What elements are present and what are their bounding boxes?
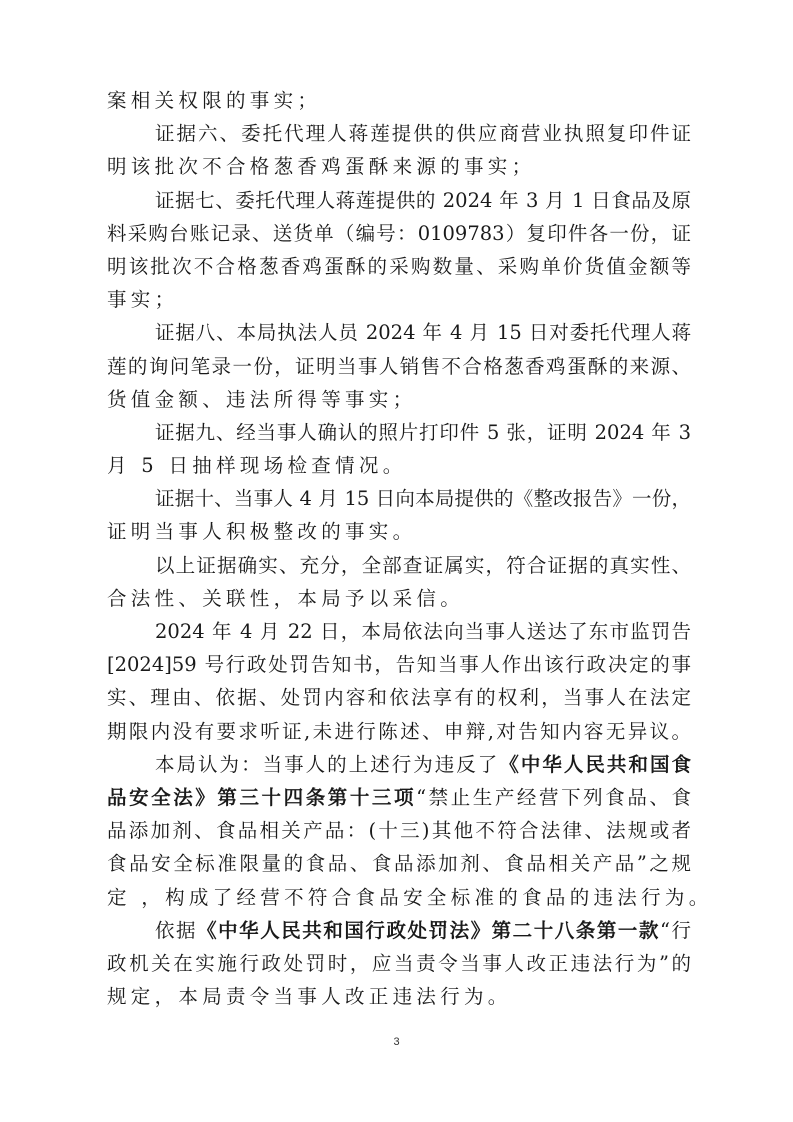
paragraph: 证据六、委托代理人蒋莲提供的供应商营业执照复印件证明该批次不合格葱香鸡蛋酥来源的… [107, 117, 697, 183]
bold-law-citation: 《中华人民共和国食 [499, 753, 691, 776]
paragraph: 以上证据确实、充分，全部查证属实，符合证据的真实性、合法性、关联性，本局予以采信… [107, 549, 697, 615]
paragraph: 依据《中华人民共和国行政处罚法》第二十八条第一款“行政机关在实施行政处罚时，应当… [107, 914, 697, 1014]
text-line: 规定，本局责令当事人改正违法行为。 [107, 980, 697, 1013]
text-line: 2024 年 4 月 22 日，本局依法向当事人送达了东市监罚告 [107, 615, 691, 648]
text-segment: “禁止生产经营下列食品、食 [416, 786, 691, 809]
text-line: 政机关在实施行政处罚时，应当责令当事人改正违法行为”的 [107, 947, 691, 980]
text-line: 合法性、关联性，本局予以采信。 [107, 582, 697, 615]
text-line: 本局认为：当事人的上述行为违反了《中华人民共和国食 [107, 748, 691, 781]
document-body: 案相关权限的事实；证据六、委托代理人蒋莲提供的供应商营业执照复印件证明该批次不合… [107, 84, 697, 1013]
paragraph: 证据七、委托代理人蒋莲提供的 2024 年 3 月 1 日食品及原料采购台账记录… [107, 184, 697, 317]
text-line: 以上证据确实、充分，全部查证属实，符合证据的真实性、 [107, 549, 691, 582]
text-line: 证据六、委托代理人蒋莲提供的供应商营业执照复印件证 [107, 117, 691, 150]
text-line: 明该批次不合格葱香鸡蛋酥来源的事实； [107, 150, 697, 183]
bold-law-citation: 《中华人民共和国行政处罚法》第二十八条第一款 [197, 919, 660, 942]
paragraph: 2024 年 4 月 22 日，本局依法向当事人送达了东市监罚告[2024]59… [107, 615, 697, 748]
text-line: 依据《中华人民共和国行政处罚法》第二十八条第一款“行 [107, 914, 691, 947]
text-line: 料采购台账记录、送货单（编号：0109783）复印件各一份，证 [107, 217, 691, 250]
text-line: 证据七、委托代理人蒋莲提供的 2024 年 3 月 1 日食品及原 [107, 184, 691, 217]
paragraph: 证据九、经当事人确认的照片打印件 5 张，证明 2024 年 3月 5 日抽样现… [107, 416, 697, 482]
bold-law-citation: 品安全法》第三十四条第十三项 [107, 786, 416, 809]
text-line: 证明当事人积极整改的事实。 [107, 515, 697, 548]
text-line: 证据九、经当事人确认的照片打印件 5 张，证明 2024 年 3 [107, 416, 691, 449]
text-line: 品安全法》第三十四条第十三项“禁止生产经营下列食品、食 [107, 781, 691, 814]
text-segment: 依据 [155, 919, 197, 942]
text-line: 期限内没有要求听证,未进行陈述、申辩,对告知内容无异议。 [107, 715, 691, 748]
text-line: 证据十、当事人 4 月 15 日向本局提供的《整改报告》一份， [107, 482, 691, 515]
paragraph: 案相关权限的事实； [107, 84, 697, 117]
text-line: 事实； [107, 283, 697, 316]
text-line: 货值金额、违法所得等事实； [107, 383, 697, 416]
text-line: 案相关权限的事实； [107, 84, 697, 117]
text-line: 品添加剂、食品相关产品：(十三)其他不符合法律、法规或者 [107, 814, 691, 847]
text-line: 实、理由、依据、处罚内容和依法享有的权利，当事人在法定 [107, 681, 691, 714]
text-line: 食品安全标准限量的食品、食品添加剂、食品相关产品”之规 [107, 847, 691, 880]
text-line: 定 ，构成了经营不符合食品安全标准的食品的违法行为。 [107, 881, 697, 914]
text-line: 证据八、本局执法人员 2024 年 4 月 15 日对委托代理人蒋 [107, 316, 691, 349]
page-number: 3 [0, 1036, 793, 1048]
text-line: 明该批次不合格葱香鸡蛋酥的采购数量、采购单价货值金额等 [107, 250, 691, 283]
paragraph: 证据八、本局执法人员 2024 年 4 月 15 日对委托代理人蒋莲的询问笔录一… [107, 316, 697, 416]
text-line: 月 5 日抽样现场检查情况。 [107, 449, 697, 482]
text-line: 莲的询问笔录一份，证明当事人销售不合格葱香鸡蛋酥的来源、 [107, 350, 691, 383]
text-segment: 本局认为：当事人的上述行为违反了 [155, 753, 499, 776]
text-line: [2024]59 号行政处罚告知书，告知当事人作出该行政决定的事 [107, 648, 691, 681]
paragraph: 证据十、当事人 4 月 15 日向本局提供的《整改报告》一份，证明当事人积极整改… [107, 482, 697, 548]
text-segment: “行 [660, 919, 691, 942]
paragraph: 本局认为：当事人的上述行为违反了《中华人民共和国食品安全法》第三十四条第十三项“… [107, 748, 697, 914]
